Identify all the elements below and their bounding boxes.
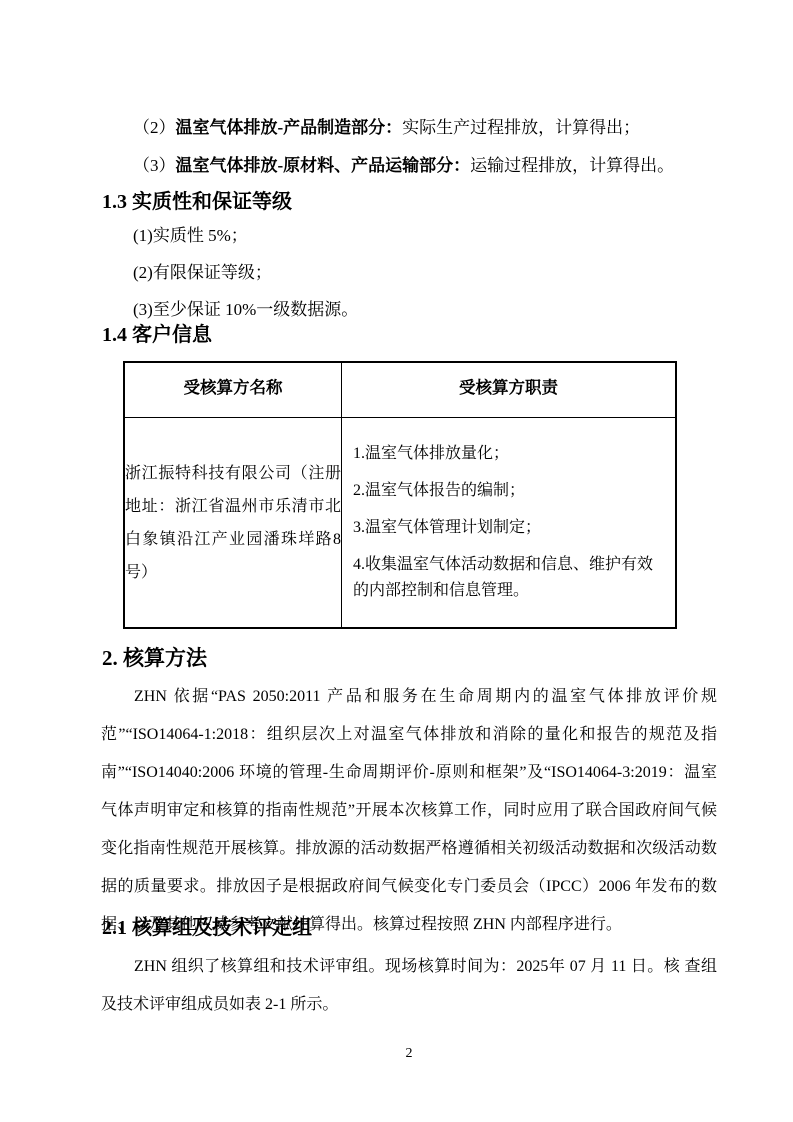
duty-item-4: 4.收集温室气体活动数据和信息、维护有效的内部控制和信息管理。 xyxy=(353,552,664,604)
table-body-row: 浙江振特科技有限公司（注册地址：浙江省温州市乐清市北白象镇沿江产业园潘珠垟路8号… xyxy=(124,418,676,629)
duty-item-2: 2.温室气体报告的编制； xyxy=(353,478,664,504)
intro-item-2-text: 实际生产过程排放，计算得出； xyxy=(402,118,640,137)
heading-1-3: 1.3 实质性和保证等级 xyxy=(102,189,722,216)
assurance-item-3: (3)至少保证 10%一级数据源。 xyxy=(133,297,693,322)
method-paragraph-line-1: ZHN 依据“PAS 2050:2011 产品和服务在生命周期内的温室气体排放评… xyxy=(101,678,717,716)
duty-list: 1.温室气体排放量化； 2.温室气体报告的编制； 3.温室气体管理计划制定； 4… xyxy=(342,418,675,627)
heading-2-1: 2.1 核算组及技术评定组 xyxy=(102,915,722,942)
heading-2: 2. 核算方法 xyxy=(102,645,722,672)
client-duty-cell: 1.温室气体排放量化； 2.温室气体报告的编制； 3.温室气体管理计划制定； 4… xyxy=(342,418,677,629)
intro-item-2-bold: 温室气体排放-产品制造部分： xyxy=(176,118,403,137)
intro-item-3: （3）温室气体排放-原材料、产品运输部分：运输过程排放，计算得出。 xyxy=(133,153,723,179)
method-paragraph-line-6: 据的质量要求。排放因子是根据政府间气候变化专门委员会（IPCC）2006 年发布… xyxy=(101,868,717,906)
team-paragraph: ZHN 组织了核算组和技术评审组。现场核算时间为：2025年 07 月 11 日… xyxy=(101,948,717,1024)
method-paragraph: ZHN 依据“PAS 2050:2011 产品和服务在生命周期内的温室气体排放评… xyxy=(101,678,717,944)
duty-item-1: 1.温室气体排放量化； xyxy=(353,441,664,467)
intro-item-3-bold: 温室气体排放-原材料、产品运输部分： xyxy=(176,156,471,175)
table-header-client-name: 受核算方名称 xyxy=(124,362,342,418)
intro-item-3-prefix: （3） xyxy=(133,156,176,175)
intro-item-2: （2）温室气体排放-产品制造部分：实际生产过程排放，计算得出； xyxy=(133,115,723,141)
method-paragraph-line-3: 南”“ISO14040:2006 环境的管理-生命周期评价-原则和框架”及“IS… xyxy=(101,754,717,792)
page-number: 2 xyxy=(101,1046,717,1062)
team-paragraph-line-1: ZHN 组织了核算组和技术评审组。现场核算时间为：2025年 07 月 11 日… xyxy=(101,948,717,986)
team-paragraph-line-2: 及技术评审组成员如表 2-1 所示。 xyxy=(101,986,717,1024)
method-paragraph-line-2: 范”“ISO14064-1:2018：组织层次上对温室气体排放和消除的量化和报告… xyxy=(101,716,717,754)
client-info-table: 受核算方名称 受核算方职责 浙江振特科技有限公司（注册地址：浙江省温州市乐清市北… xyxy=(123,361,677,629)
method-paragraph-line-4: 气体声明审定和核算的指南性规范”开展本次核算工作，同时应用了联合国政府间气候 xyxy=(101,792,717,830)
document-page: （2）温室气体排放-产品制造部分：实际生产过程排放，计算得出； （3）温室气体排… xyxy=(0,0,793,1122)
client-name-cell: 浙江振特科技有限公司（注册地址：浙江省温州市乐清市北白象镇沿江产业园潘珠垟路8号… xyxy=(124,418,342,629)
table-header-row: 受核算方名称 受核算方职责 xyxy=(124,362,676,418)
intro-item-3-text: 运输过程排放，计算得出。 xyxy=(470,156,674,175)
assurance-item-1: (1)实质性 5%； xyxy=(133,223,693,248)
assurance-item-2: (2)有限保证等级； xyxy=(133,260,693,285)
duty-item-3: 3.温室气体管理计划制定； xyxy=(353,515,664,541)
intro-item-2-prefix: （2） xyxy=(133,118,176,137)
heading-1-4: 1.4 客户信息 xyxy=(102,322,722,349)
table-header-client-duty: 受核算方职责 xyxy=(342,362,677,418)
method-paragraph-line-5: 变化指南性规范开展核算。排放源的活动数据严格遵循相关初级活动数据和次级活动数 xyxy=(101,830,717,868)
